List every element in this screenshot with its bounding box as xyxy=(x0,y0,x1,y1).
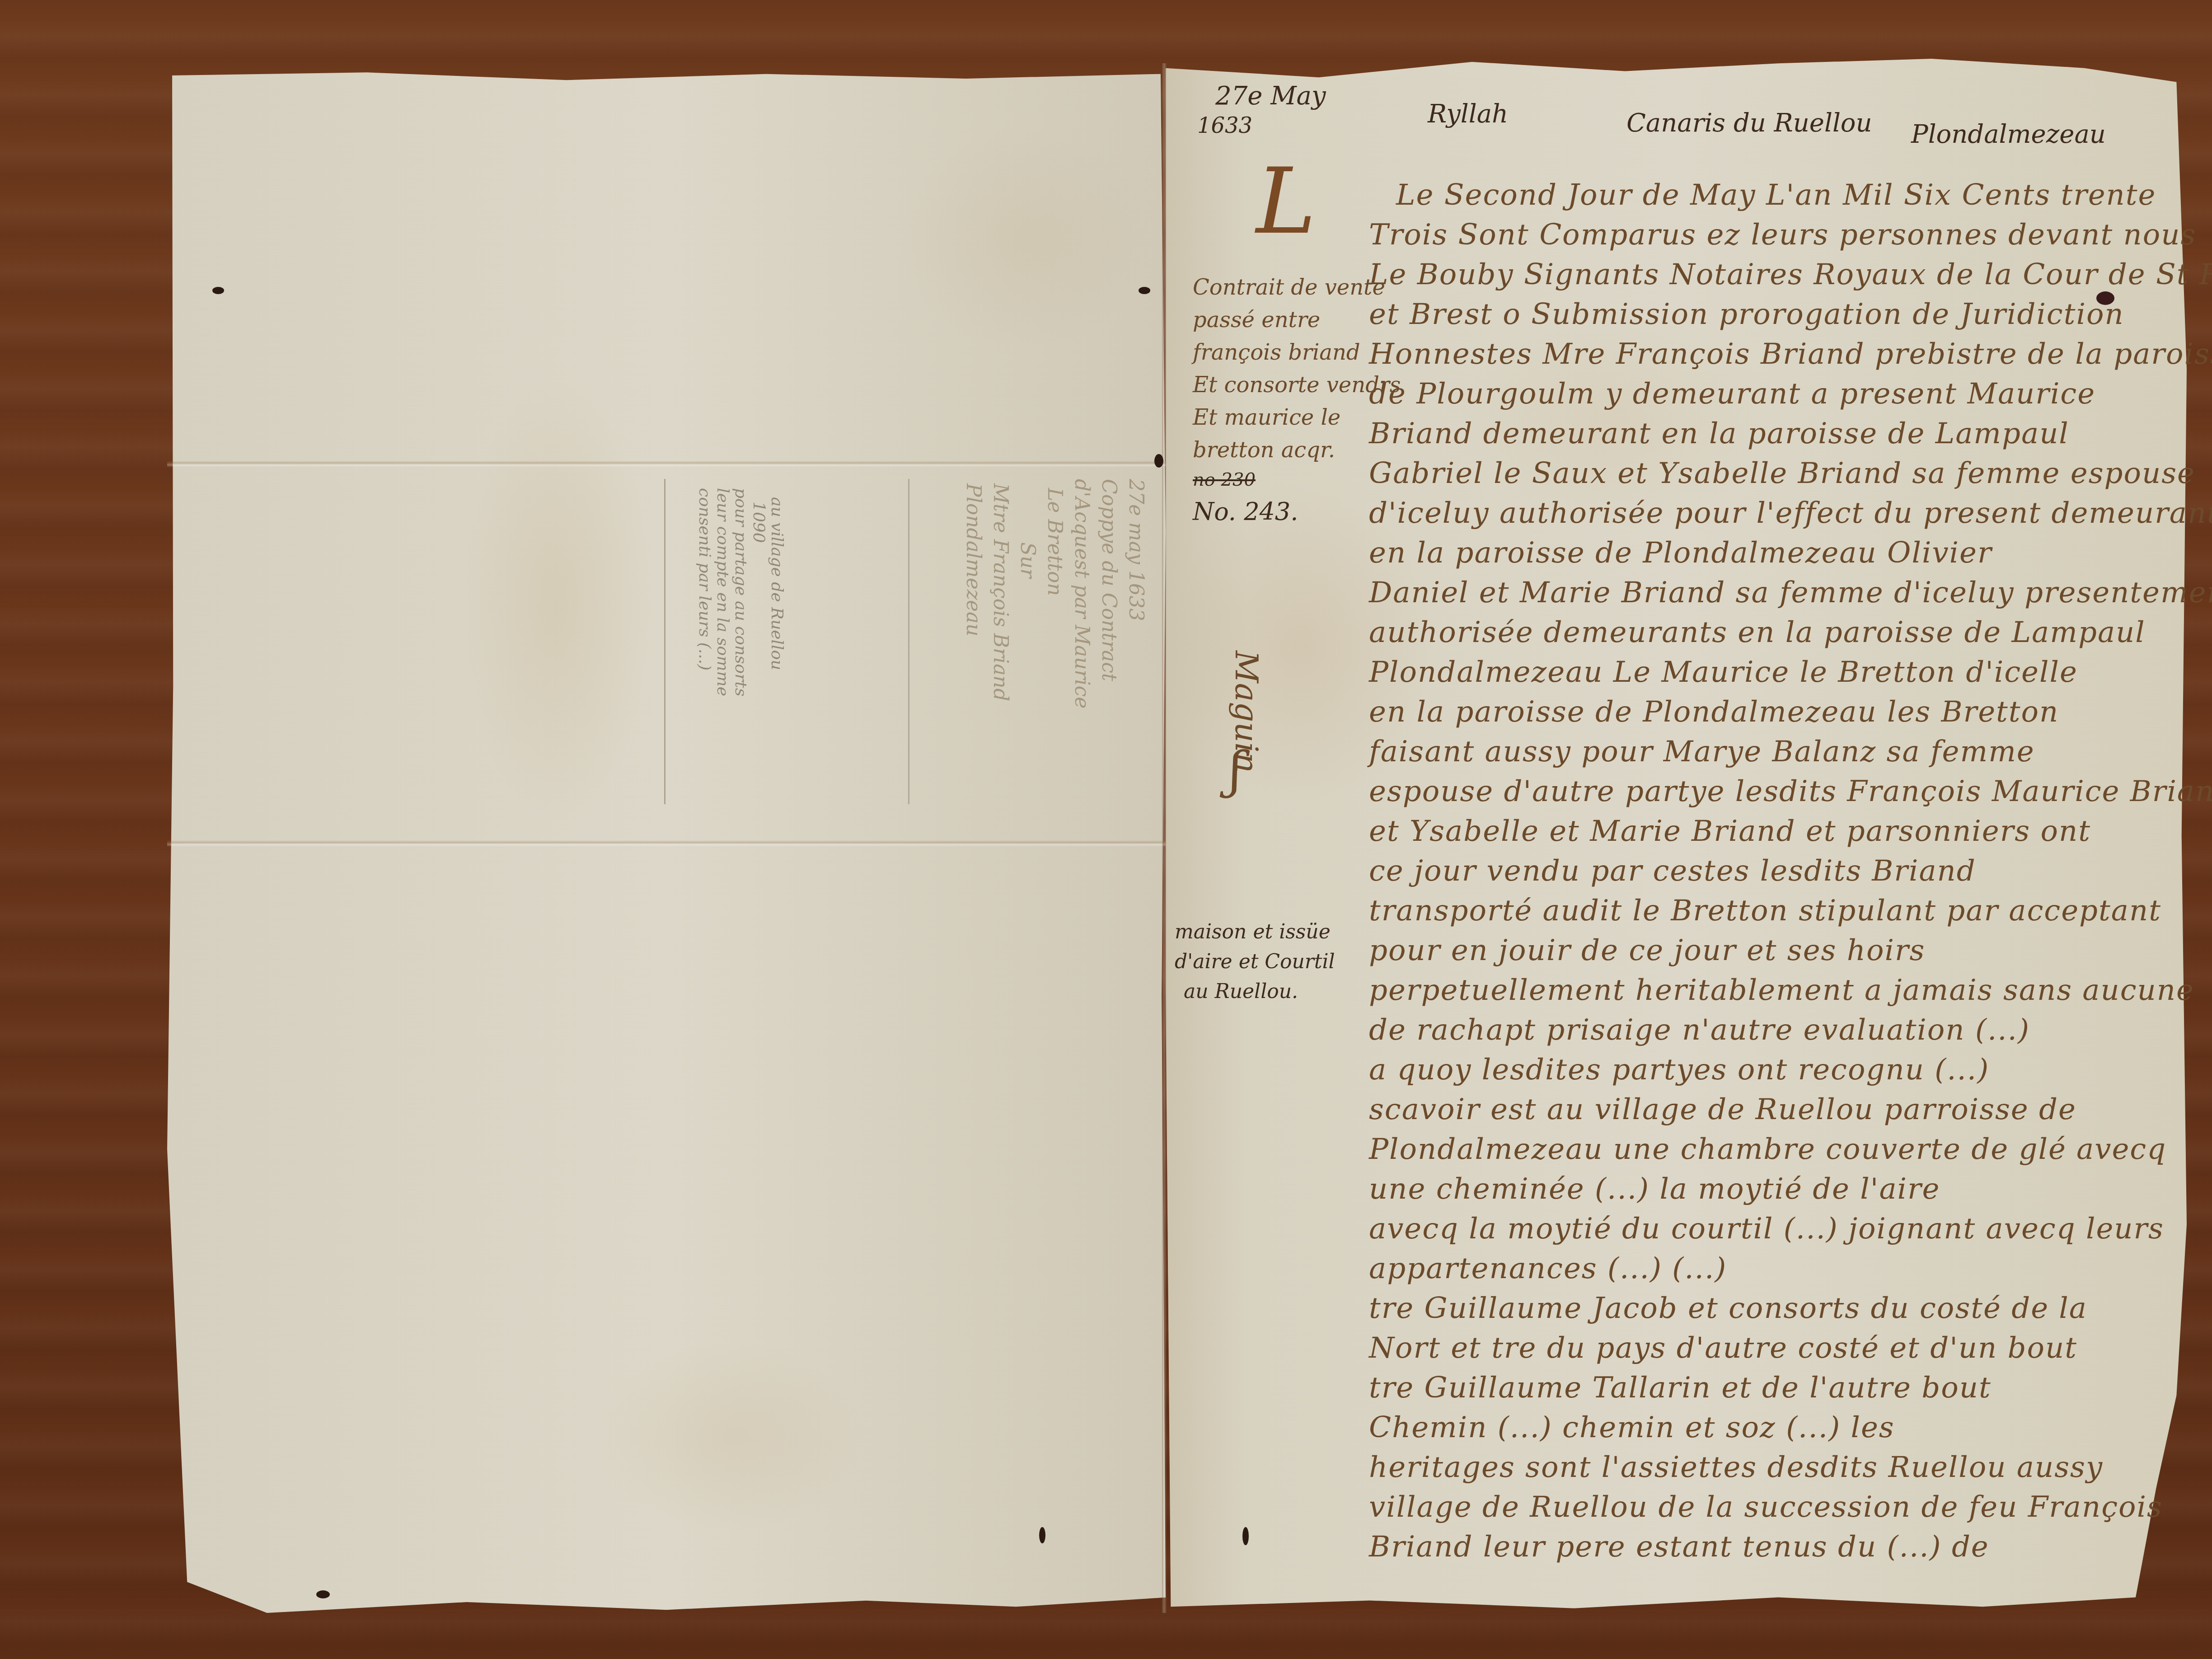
docket-line: 27e may 1633 xyxy=(1125,479,1148,621)
body-line: faisant aussy pour Marye Balanz sa femme xyxy=(1369,737,2173,777)
body-line: de Plourgoulm y demeurant a present Maur… xyxy=(1369,380,2173,419)
body-line: tre Guillaume Jacob et consorts du costé… xyxy=(1369,1294,2173,1334)
body-line: Chemin (...) chemin et soz (...) les xyxy=(1369,1413,2173,1453)
body-line: Gabriel le Saux et Ysabelle Briand sa fe… xyxy=(1369,459,2173,499)
faint-note-line: consenti par leurs (...) xyxy=(695,488,714,670)
body-line: appartenances (...) (...) xyxy=(1369,1254,2173,1294)
header-center: Canaris du Ruellou xyxy=(1626,108,1872,138)
body-line: et Brest o Submission prorogation de Jur… xyxy=(1369,300,2173,340)
tear-mark xyxy=(1039,1527,1045,1543)
body-line: d'iceluy authorisée pour l'effect du pre… xyxy=(1369,499,2173,539)
body-line: Briand demeurant en la paroisse de Lampa… xyxy=(1369,419,2173,459)
tear-mark xyxy=(316,1590,330,1598)
body-line: Briand leur pere estant tenus du (...) d… xyxy=(1369,1532,2173,1572)
horizontal-fold-upper xyxy=(167,461,1166,467)
faint-note-line: pour partage au consorts xyxy=(731,488,750,696)
body-line: Nort et tre du pays d'autre costé et d'u… xyxy=(1369,1334,2173,1373)
body-line: une cheminée (...) la moytié de l'aire xyxy=(1369,1175,2173,1214)
date-day: 27e May xyxy=(1215,81,1326,111)
docket-line: Mtre François Briand xyxy=(989,483,1012,701)
horizontal-fold-lower xyxy=(167,840,1166,847)
body-line: espouse d'autre partye lesdits François … xyxy=(1369,777,2173,817)
header-left: Ryllah xyxy=(1428,99,1508,129)
punch-hole xyxy=(212,287,224,294)
body-line: et Ysabelle et Marie Briand et parsonnie… xyxy=(1369,817,2173,857)
docket-line: Plondalmezeau xyxy=(962,483,985,637)
vertical-rule xyxy=(664,479,665,804)
body-line: tre Guillaume Tallarin et de l'autre bou… xyxy=(1369,1373,2173,1413)
tear-mark xyxy=(1154,454,1163,468)
body-line: Honnestes Mre François Briand prebistre … xyxy=(1369,340,2173,380)
body-text: Le Second Jour de May L'an Mil Six Cents… xyxy=(1369,181,2173,1572)
punch-hole xyxy=(1139,287,1150,294)
body-line: a quoy lesdites partyes ont recognu (...… xyxy=(1369,1055,2173,1095)
docket-line: Coppye du Contract xyxy=(1097,479,1120,681)
vertical-rule xyxy=(908,479,909,804)
docket-line: d'Acquest par Maurice xyxy=(1070,479,1093,708)
body-line: transporté audit le Bretton stipulant pa… xyxy=(1369,896,2173,936)
body-line: heritages sont l'assiettes desdits Ruell… xyxy=(1369,1453,2173,1493)
body-line: en la paroisse de Plondalmezeau Olivier xyxy=(1369,539,2173,578)
body-line: Trois Sont Comparus ez leurs personnes d… xyxy=(1369,220,2173,260)
body-line: de rachapt prisaige n'autre evaluation (… xyxy=(1369,1016,2173,1055)
decorative-initial: L xyxy=(1256,149,1316,254)
margin-note-property: maison et issüe d'aire et Courtil au Rue… xyxy=(1175,917,1335,1007)
date-year: 1633 xyxy=(1197,113,1252,138)
faint-note-line: leur compte en la somme xyxy=(713,488,732,696)
body-line: avecq la moytié du courtil (...) joignan… xyxy=(1369,1214,2173,1254)
body-line: Plondalmezeau une chambre couverte de gl… xyxy=(1369,1135,2173,1175)
body-line: scavoir est au village de Ruellou parroi… xyxy=(1369,1095,2173,1135)
body-line: Plondalmezeau Le Maurice le Bretton d'ic… xyxy=(1369,658,2173,698)
body-line: pour en jouir de ce jour et ses hoirs xyxy=(1369,936,2173,976)
body-line: authorisée demeurants en la paroisse de … xyxy=(1369,618,2173,658)
body-line: Le Bouby Signants Notaires Royaux de la … xyxy=(1369,260,2173,300)
body-line: ce jour vendu par cestes lesdits Briand xyxy=(1369,857,2173,896)
body-line: perpetuellement heritablement a jamais s… xyxy=(1369,976,2173,1016)
faint-note-line: au village de Ruellou xyxy=(768,497,786,670)
margin-note-property-line: maison et issüe xyxy=(1175,917,1335,947)
margin-note-property-line: d'aire et Courtil xyxy=(1175,947,1335,977)
body-line: Daniel et Marie Briand sa femme d'iceluy… xyxy=(1369,578,2173,618)
tear-mark xyxy=(1242,1527,1249,1545)
body-line: Le Second Jour de May L'an Mil Six Cents… xyxy=(1396,181,2173,220)
signature-flourish-icon: ʃ xyxy=(1229,741,1242,799)
margin-note-property-line: au Ruellou. xyxy=(1175,977,1335,1007)
body-line: village de Ruellou de la succession de f… xyxy=(1369,1493,2173,1532)
header-right: Plondalmezeau xyxy=(1911,120,2106,149)
docket-line: Sur xyxy=(1016,542,1039,578)
faint-note-line: 1090 xyxy=(750,501,768,543)
docket-line: Le Bretton xyxy=(1043,488,1066,596)
center-fold xyxy=(1162,63,1167,1613)
body-line: en la paroisse de Plondalmezeau les Bret… xyxy=(1369,698,2173,737)
